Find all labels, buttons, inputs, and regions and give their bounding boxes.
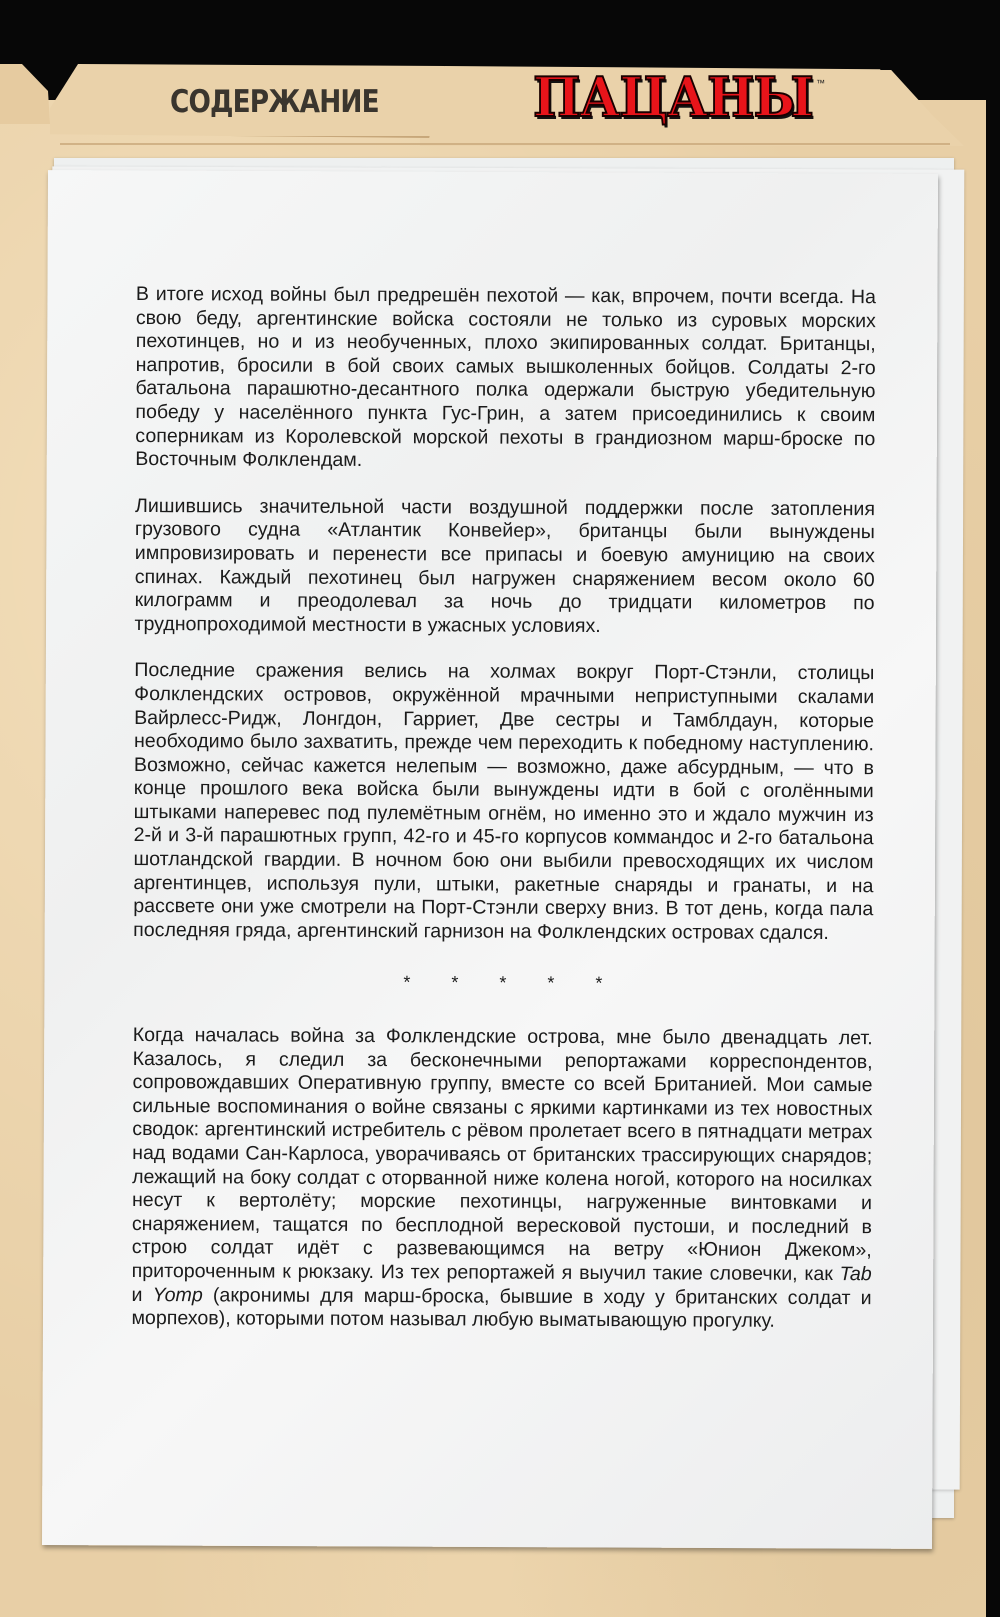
term-tab: Tab (840, 1263, 872, 1285)
paragraph-infantry: В итоге исход войны был предрешён пехото… (135, 283, 876, 475)
document-body: В итоге исход войны был предрешён пехото… (131, 283, 876, 1357)
contents-tab-label: СОДЕРЖАНИЕ (170, 84, 379, 120)
paragraph-atlantic-conveyor: Лишившись значительной части воздушной п… (134, 495, 875, 640)
memories-text-part2: (акронимы для марш-броска, бывшие в ходу… (131, 1284, 871, 1332)
memories-joiner: и (132, 1284, 153, 1306)
section-separator: * * * * * (133, 970, 873, 997)
memories-text-part1: Когда началась война за Фолклендские ост… (132, 1024, 873, 1285)
trademark-mark: ™ (816, 78, 825, 88)
term-yomp: Yomp (153, 1284, 203, 1306)
paragraph-memories: Когда началась война за Фолклендские ост… (131, 1024, 872, 1334)
paragraph-port-stanley: Последние сражения велись на холмах вокр… (133, 659, 874, 945)
folder-fold-line (60, 143, 950, 145)
brand-logo-title: ПАЦАНЫ (533, 70, 813, 124)
